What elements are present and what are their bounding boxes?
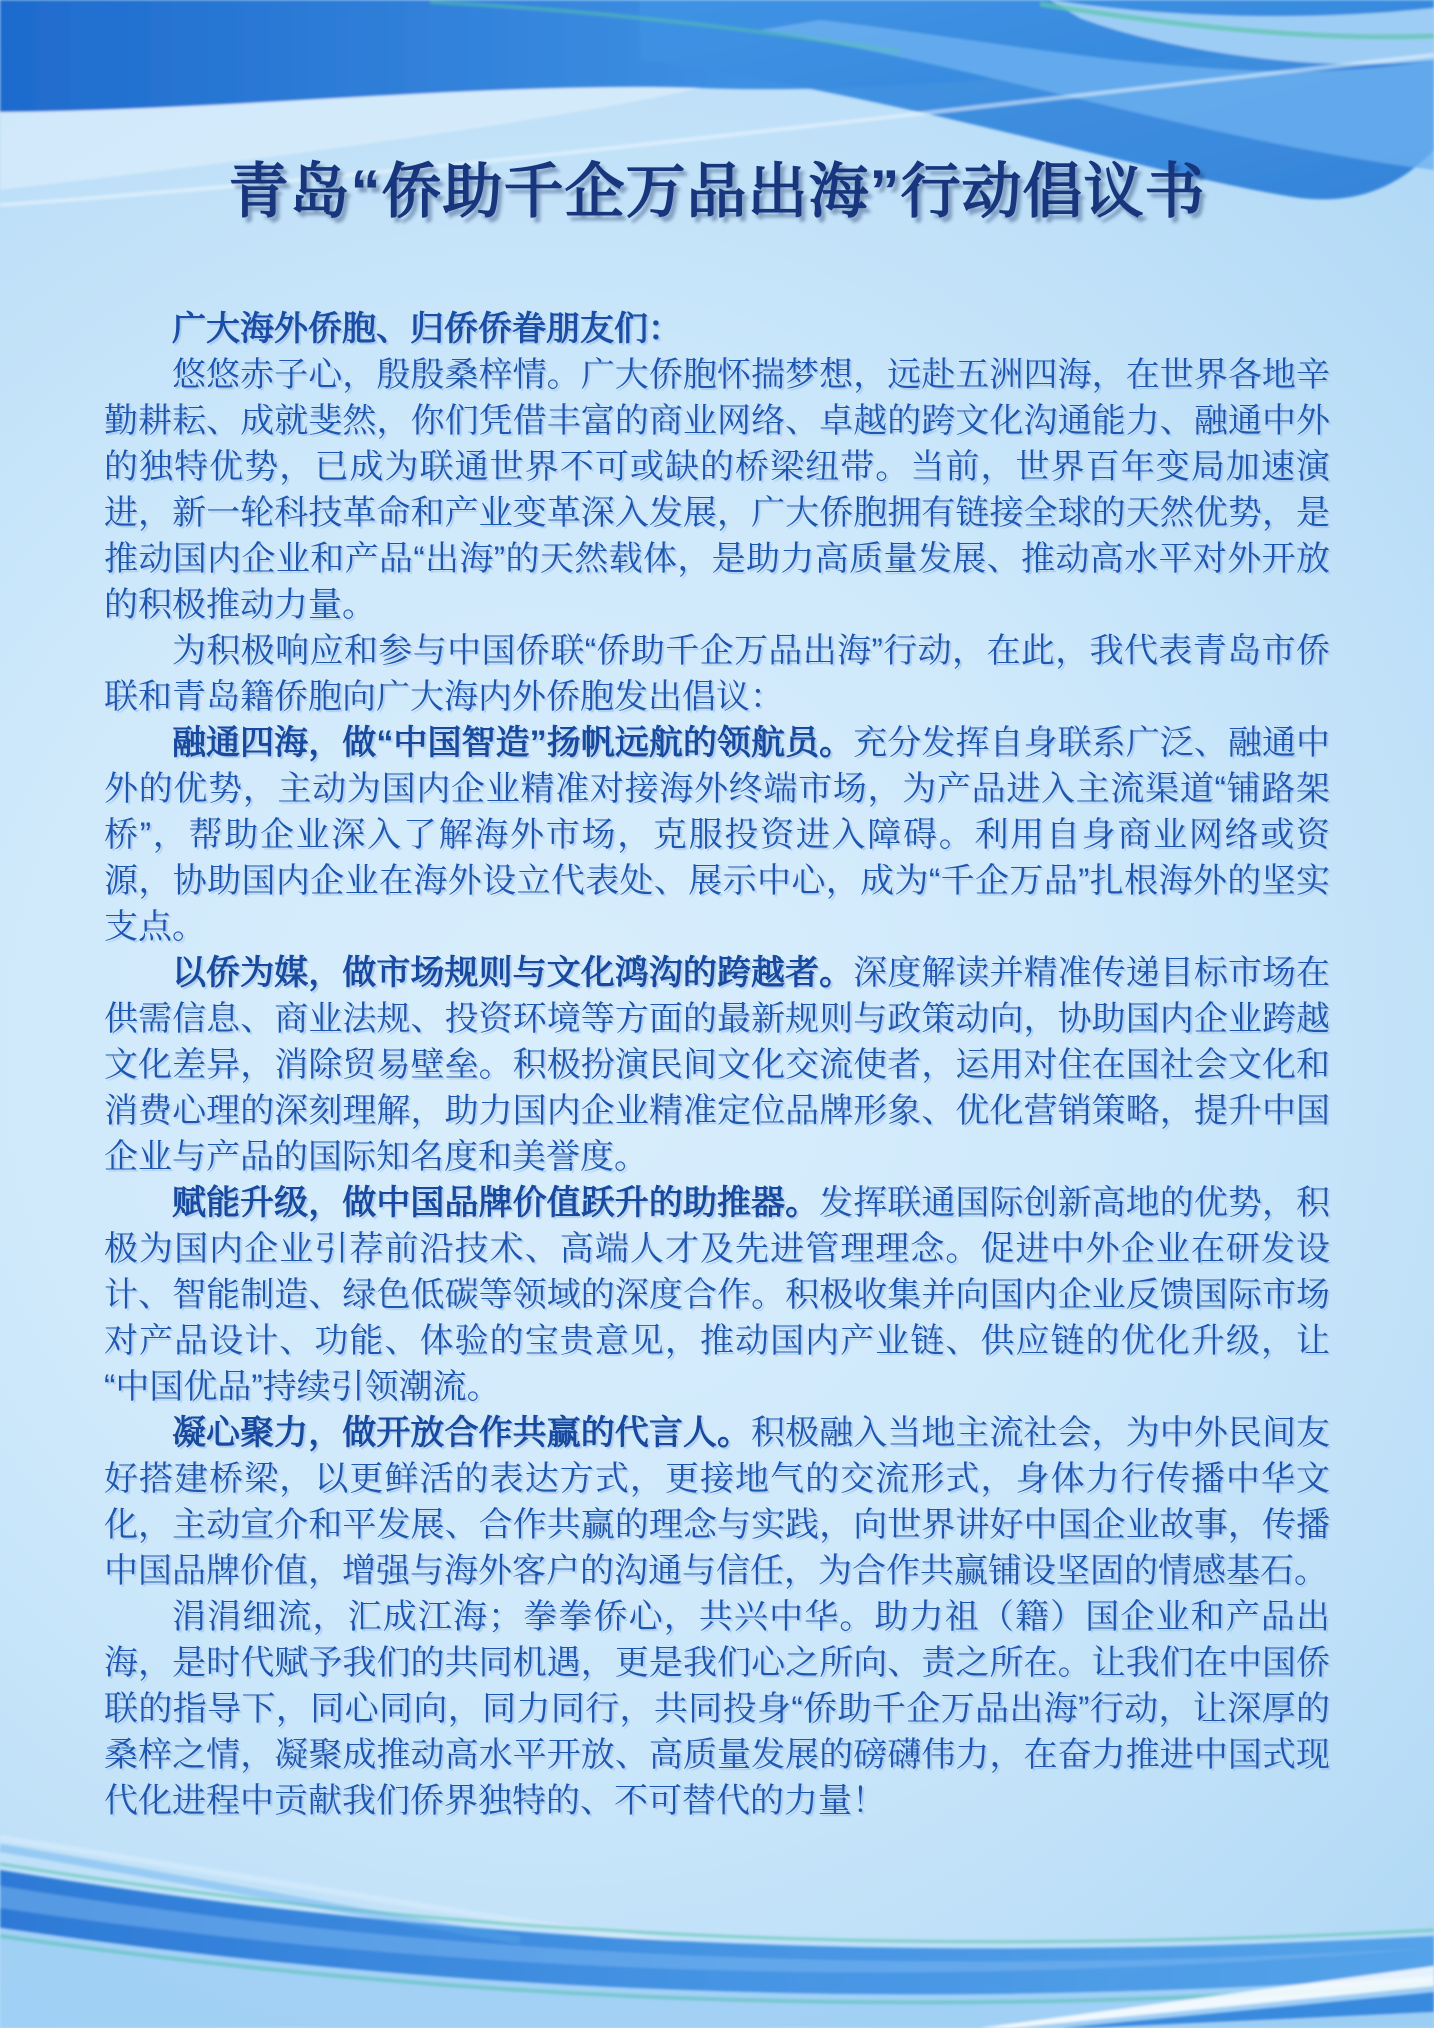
paragraph-opening: 悠悠赤子心，殷殷桑梓情。广大侨胞怀揣梦想，远赴五洲四海，在世界各地辛勤耕耘、成就… [104, 352, 1330, 628]
initiative-4-lead: 凝心聚力，做开放合作共赢的代言人。 [172, 1414, 751, 1452]
bottom-swoosh-decoration [0, 1808, 1434, 2028]
page-title: 青岛“侨助千企万品出海”行动倡议书 [0, 40, 1434, 230]
paragraph-initiative-intro-text: 为积极响应和参与中国侨联“侨助千企万品出海”行动，在此，我代表青岛市侨联和青岛籍… [104, 632, 1330, 716]
paragraph-initiative-intro: 为积极响应和参与中国侨联“侨助千企万品出海”行动，在此，我代表青岛市侨联和青岛籍… [104, 628, 1330, 720]
bottom-teal-accent [0, 1864, 1434, 1942]
paragraph-initiative-4: 凝心聚力，做开放合作共赢的代言人。积极融入当地主流社会，为中外民间友好搭建桥梁，… [104, 1410, 1330, 1594]
initiative-1-lead: 融通四海，做“中国智造”扬帆远航的领航员。 [172, 724, 853, 762]
initiative-2-lead: 以侨为媒，做市场规则与文化鸿沟的跨越者。 [172, 954, 853, 992]
paragraph-initiative-2: 以侨为媒，做市场规则与文化鸿沟的跨越者。深度解读并精准传递目标市场在供需信息、商… [104, 950, 1330, 1180]
document-body: 广大海外侨胞、归侨侨眷朋友们： 悠悠赤子心，殷殷桑梓情。广大侨胞怀揣梦想，远赴五… [104, 306, 1330, 1824]
bottom-main-ribbon [0, 1870, 1434, 1994]
top-teal-accent [1040, 4, 1434, 37]
salutation: 广大海外侨胞、归侨侨眷朋友们： [104, 306, 1330, 352]
paragraph-closing-text: 涓涓细流，汇成江海；拳拳侨心，共兴中华。助力祖（籍）国企业和产品出海，是时代赋予… [104, 1598, 1330, 1820]
paragraph-initiative-1: 融通四海，做“中国智造”扬帆远航的领航员。充分发挥自身联系广泛、融通中外的优势，… [104, 720, 1330, 950]
proposal-page: 青岛“侨助千企万品出海”行动倡议书 广大海外侨胞、归侨侨眷朋友们： 悠悠赤子心，… [0, 0, 1434, 2028]
paragraph-closing: 涓涓细流，汇成江海；拳拳侨心，共兴中华。助力祖（籍）国企业和产品出海，是时代赋予… [104, 1594, 1330, 1824]
paragraph-initiative-3: 赋能升级，做中国品牌价值跃升的助推器。发挥联通国际创新高地的优势，积极为国内企业… [104, 1180, 1330, 1410]
initiative-3-lead: 赋能升级，做中国品牌价值跃升的助推器。 [172, 1184, 819, 1222]
paragraph-opening-text: 悠悠赤子心，殷殷桑梓情。广大侨胞怀揣梦想，远赴五洲四海，在世界各地辛勤耕耘、成就… [104, 356, 1330, 624]
